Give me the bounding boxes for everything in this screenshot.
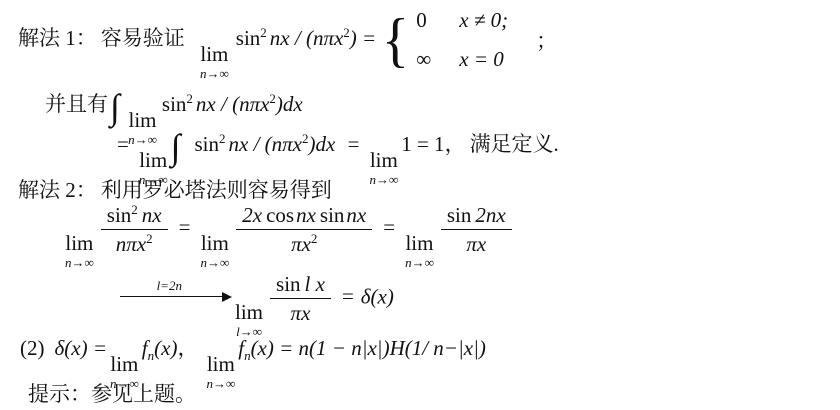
trailing-semicolon: ； [536,29,557,53]
lim-word: lim [200,44,228,65]
sin-function: sin [447,203,472,227]
solution1-label: 解法 1： [18,26,97,50]
solution2-header-line: 解法 2：利用罗必塔法则容易得到 [18,174,332,204]
fraction-numerator: 2xcosnxsinnx [236,203,372,230]
exponent: 2 [260,25,267,40]
expression-close: )dx [309,132,336,156]
lim-subscript: n→∞ [206,377,235,390]
expression-close: ) = [350,26,376,50]
limit-n-infinity: lim n→∞ [200,233,229,269]
equals-sign: = [383,215,395,239]
case-condition: x ≠ 0; [459,8,508,33]
arrow-label: l=2n [157,278,182,294]
variable: nπx [116,232,146,256]
delta-result: δ(x) [361,284,394,308]
lim-word: lim [235,302,263,323]
solution1-header-line: 解法 1：容易验证 lim n→∞ sin2nx / (nπx2) = { 0 … [18,8,557,80]
case-value: 0 [416,8,431,33]
fraction: sin2nx nπx2 [101,203,168,256]
fraction-denominator: πx [466,230,486,256]
variable: nx [142,203,162,227]
solution2-label: 解法 2： [18,178,97,202]
variable: πx [466,232,486,256]
sin-function: sin [320,203,345,227]
math-solution-document: 解法 1：容易验证 lim n→∞ sin2nx / (nπx2) = { 0 … [0,0,840,410]
cases-block: 0 x ≠ 0; ∞ x = 0 [416,8,508,72]
substitution-arrow-line: l=2n lim l→∞ sinl x πx =δ(x) [120,272,394,338]
arrow-shaft [120,296,229,298]
exponent: 2 [219,131,226,146]
case-value: ∞ [416,47,431,72]
variable: 2x [242,203,262,227]
sin-function: sin [195,132,220,156]
expression-close: )dx [276,92,303,116]
limit-n-infinity: lim n→∞ [405,233,434,269]
arrow-head-icon [222,292,232,302]
limit-n-infinity: lim n→∞ [369,150,398,186]
fraction-denominator: nπx2 [116,230,153,256]
sin-function: sin [107,203,132,227]
hint-line: 提示：参见上题。 [28,378,196,408]
integral-sign: ∫ [171,127,181,167]
solution2-intro: 利用罗必塔法则容易得到 [101,178,332,202]
variable: πx [291,301,311,325]
case-condition: x = 0 [459,47,508,72]
comma: ， [177,336,198,360]
lim-subscript: n→∞ [65,256,94,269]
fraction-denominator: πx2 [291,230,317,256]
fraction-denominator: πx [291,299,311,325]
lhopital-chain-line: lim n→∞ sin2nx nπx2 = lim n→∞ 2xcosnxsin… [62,203,516,269]
f-definition: (x) = n(1 − n|x|)H(1/ n−|x|) [251,336,486,360]
exponent: 2 [146,231,153,246]
comma: ， [445,132,466,156]
result-value: 1 = 1 [401,132,444,156]
lim-subscript: n→∞ [200,256,229,269]
expression: nx / (nπx [196,92,270,116]
substitution-arrow: l=2n [120,283,232,305]
variable: l x [305,272,325,296]
equals-sign: = [342,284,354,308]
expression: nx / (nπx [229,132,303,156]
sin-function: sin [236,26,261,50]
equals-sign: = [348,132,360,156]
exponent: 2 [186,91,193,106]
variable: nx [346,203,366,227]
fraction-numerator: sin2nx [101,203,168,230]
f-argument: (x) [154,336,177,360]
sin-function: sin [276,272,301,296]
variable: nx [296,203,316,227]
lim-word: lim [370,150,398,171]
lim-word: lim [110,354,138,375]
lim-subscript: n→∞ [200,67,229,80]
variable: 2nx [475,203,505,227]
hint-text: 参见上题。 [91,382,196,406]
equals-sign: = [117,132,129,156]
fraction: sin2nx πx [441,203,512,256]
lim-subscript: n→∞ [405,256,434,269]
exponent: 2 [311,231,318,246]
exponent: 2 [131,202,138,217]
cos-function: cos [266,203,294,227]
limit-n-infinity: lim n→∞ [65,233,94,269]
equals-sign: = [179,215,191,239]
lim-word: lim [201,233,229,254]
variable: πx [291,232,311,256]
item-number: (2) [20,336,45,360]
limit-n-infinity: lim n→∞ [206,354,235,390]
lim-subscript: n→∞ [369,173,398,186]
fraction: 2xcosnxsinnx πx2 [236,203,372,256]
fraction-numerator: sin2nx [441,203,512,230]
fraction-numerator: sinl x [270,272,331,299]
satisfies-definition-text: 满足定义. [470,132,559,156]
sin-function: sin [162,92,187,116]
integral-sign: ∫ [110,87,120,127]
and-have-text: 并且有 [45,92,108,116]
lim-word: lim [207,354,235,375]
delta-lhs: δ(x) = [55,336,108,360]
hint-label: 提示： [28,382,91,406]
lim-word: lim [139,150,167,171]
cases-brace: { [382,10,409,70]
lim-word: lim [405,233,433,254]
lim-word: lim [65,233,93,254]
limit-n-infinity: lim n→∞ [200,44,229,80]
solution1-intro: 容易验证 [101,26,185,50]
expression: nx / (nπx [270,26,344,50]
fraction: sinl x πx [270,272,331,325]
